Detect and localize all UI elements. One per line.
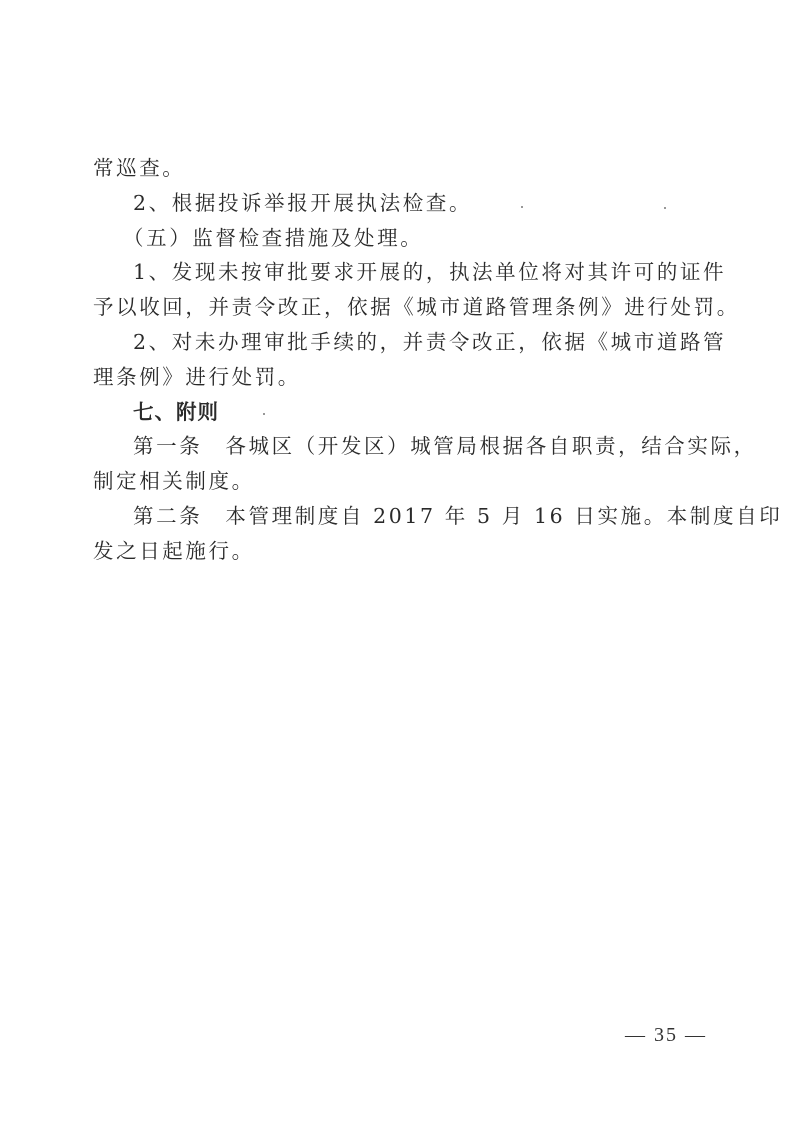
article-one-line-1: 第一条 各城区（开发区）城管局根据各自职责，结合实际， bbox=[93, 429, 709, 464]
document-body: 常巡查。 2、根据投诉举报开展执法检查。 （五）监督检查措施及处理。 1、发现未… bbox=[93, 151, 709, 569]
list-item-no-procedure-line-1: 2、对未办理审批手续的，并责令改正，依据《城市道路管 bbox=[93, 325, 709, 360]
document-page: 常巡查。 2、根据投诉举报开展执法检查。 （五）监督检查措施及处理。 1、发现未… bbox=[0, 0, 800, 1131]
paragraph-line: 常巡查。 bbox=[93, 151, 709, 186]
list-item-complaint-inspection: 2、根据投诉举报开展执法检查。 bbox=[93, 186, 709, 221]
article-two-line-2: 发之日起施行。 bbox=[93, 534, 709, 569]
scan-speck bbox=[521, 206, 523, 208]
section-heading-appendix: 七、附则 bbox=[93, 395, 709, 430]
section-heading-supervision: （五）监督检查措施及处理。 bbox=[93, 221, 709, 256]
list-item-unapproved-line-2: 予以收回，并责令改正，依据《城市道路管理条例》进行处罚。 bbox=[93, 290, 709, 325]
list-item-no-procedure-line-2: 理条例》进行处罚。 bbox=[93, 360, 709, 395]
page-number: — 35 — bbox=[625, 1024, 707, 1047]
scan-speck bbox=[664, 207, 666, 209]
article-two-line-1: 第二条 本管理制度自 2017 年 5 月 16 日实施。本制度自印 bbox=[93, 499, 709, 534]
scan-speck bbox=[263, 413, 265, 415]
article-one-line-2: 制定相关制度。 bbox=[93, 464, 709, 499]
list-item-unapproved-line-1: 1、发现未按审批要求开展的，执法单位将对其许可的证件 bbox=[93, 255, 709, 290]
